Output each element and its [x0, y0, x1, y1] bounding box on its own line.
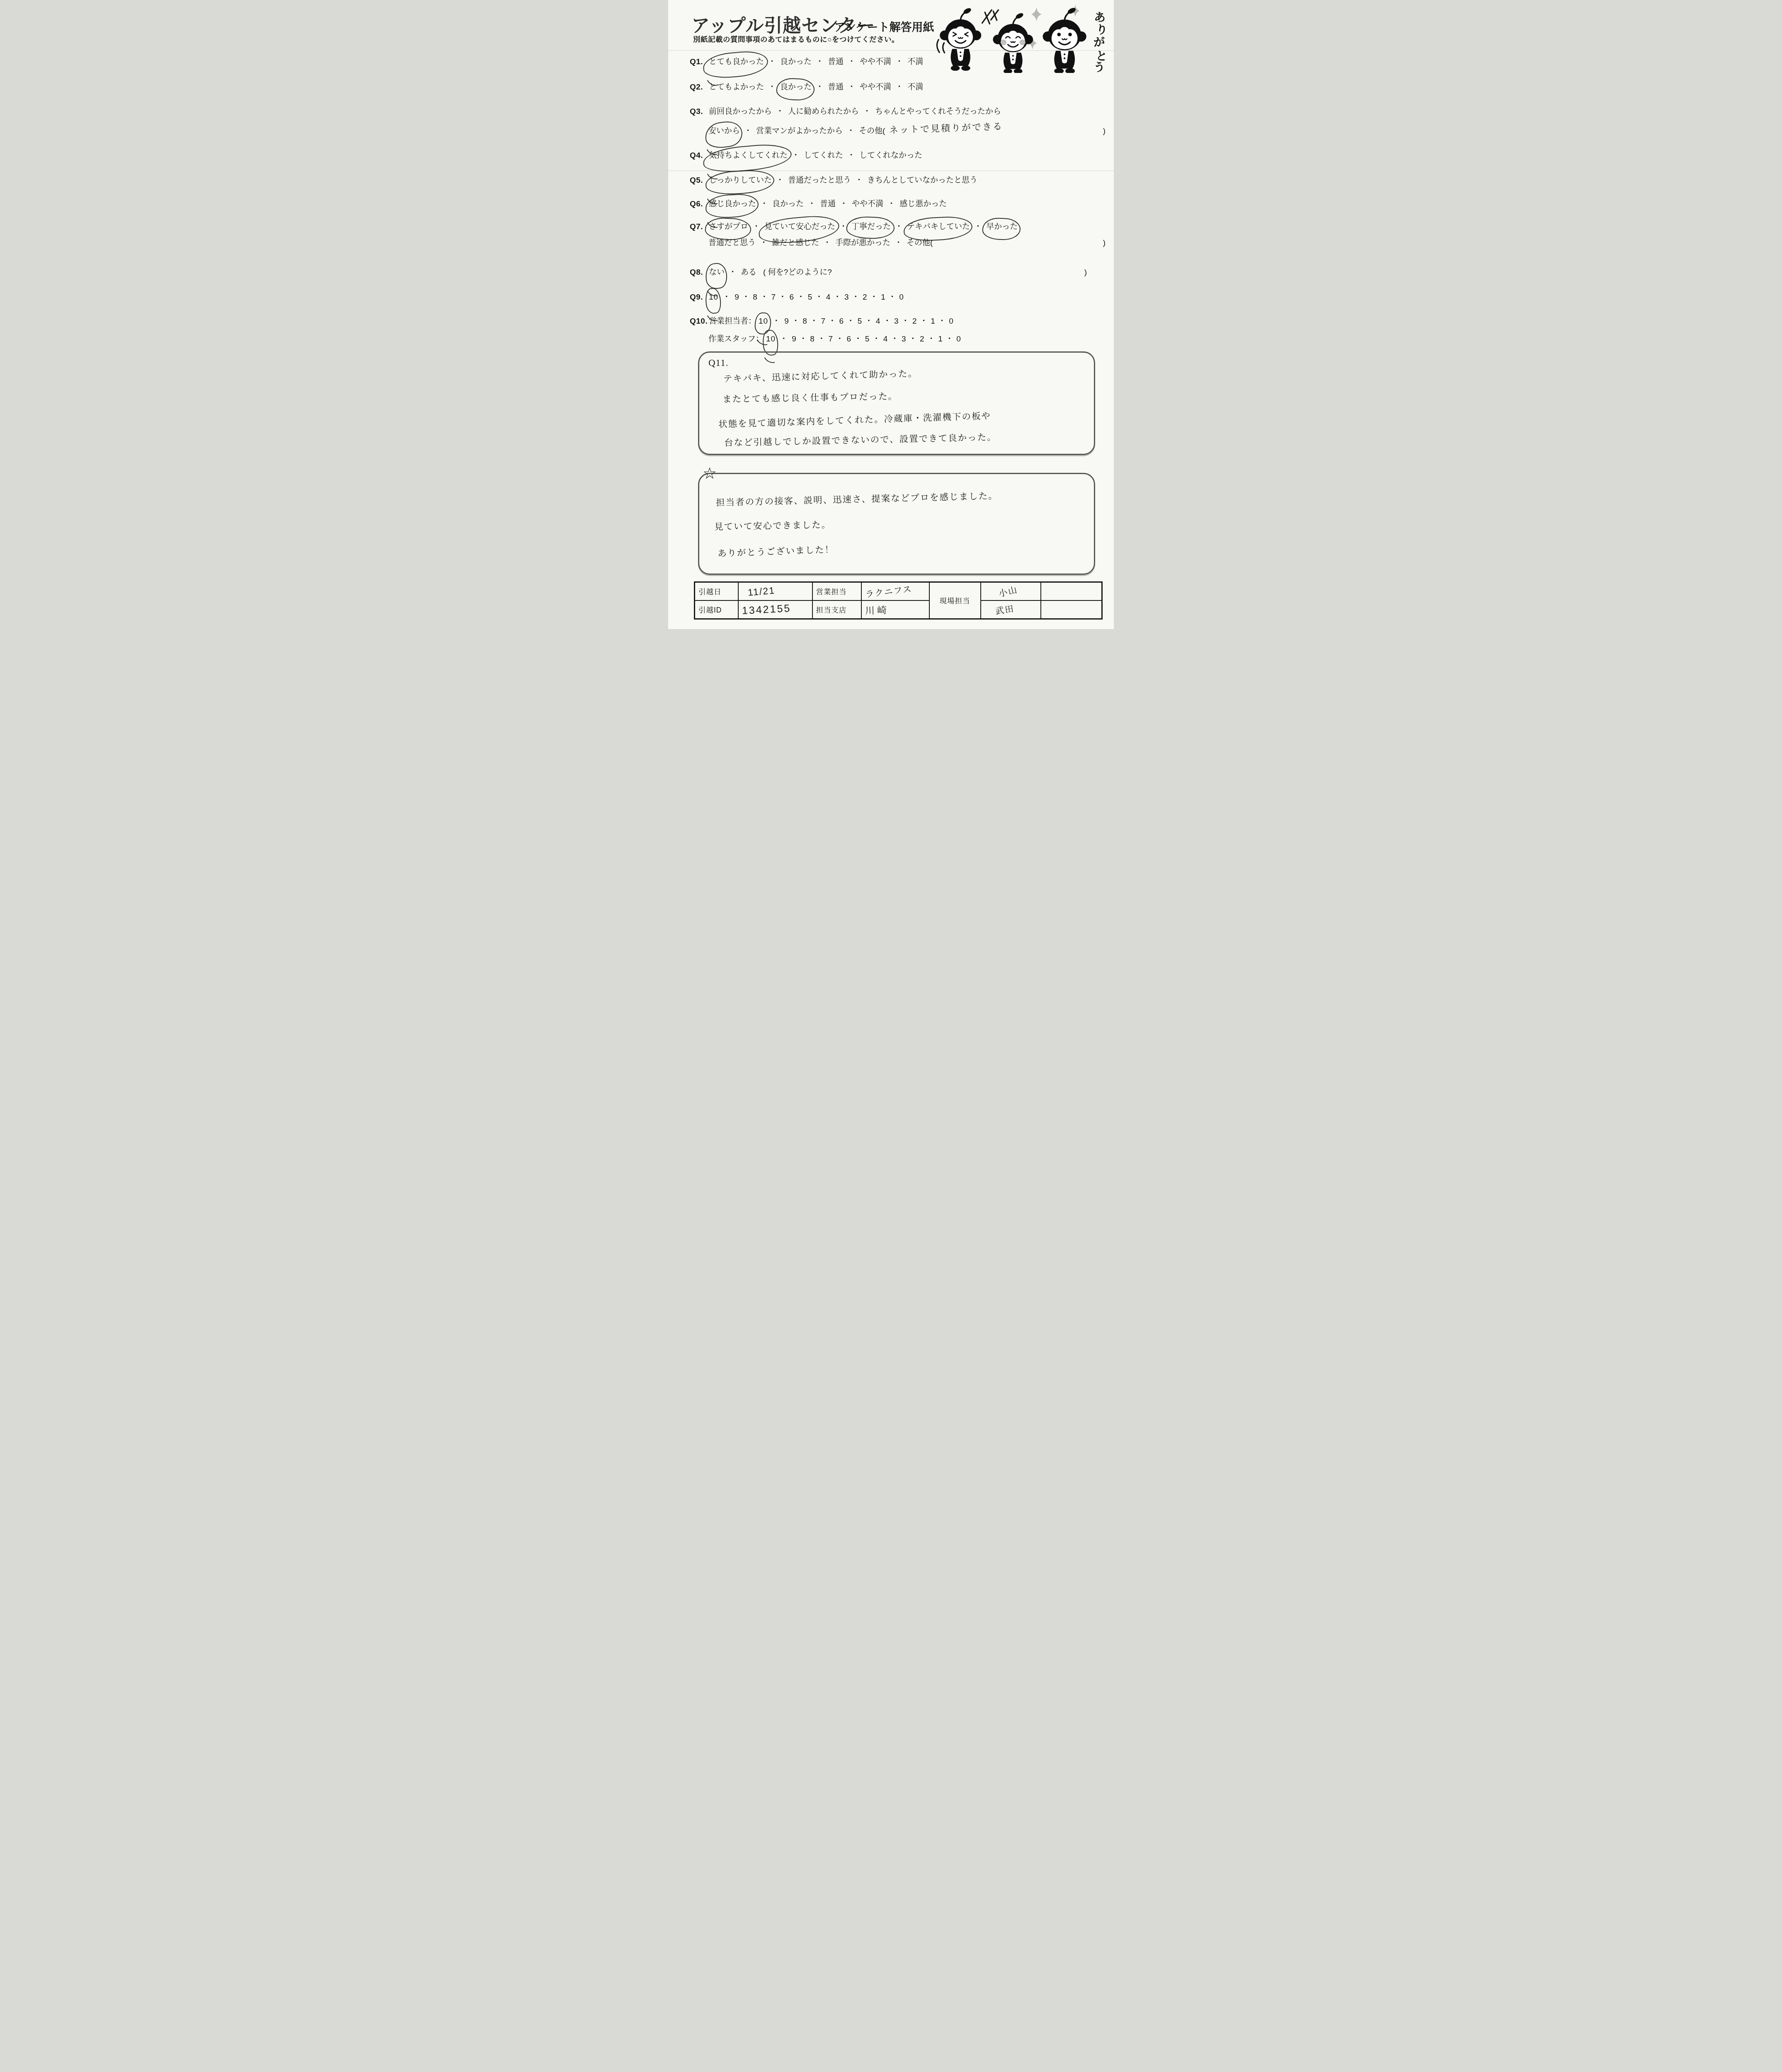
- option-circled: 丁寧だった: [851, 222, 891, 232]
- field-rep-label: 現場担当: [929, 582, 981, 619]
- sparkle-scribble-icon: [982, 10, 998, 24]
- option: してくれなかった: [859, 151, 922, 161]
- move-date-value: 11/21: [738, 582, 812, 601]
- option: してくれた: [804, 151, 843, 161]
- option: 普通だと思う: [708, 238, 756, 248]
- scanned-survey-sheet: アップル引越センター アンケート解答用紙 別紙記載の質問事項のあてはまるものに○…: [668, 0, 1114, 629]
- move-date-label: 引越日: [695, 582, 738, 601]
- question-q4: Q4. 気持ちよくしてくれた ・ してくれた ・ してくれなかった: [690, 151, 922, 161]
- star-comment-box: ☆ 担当者の方の接客、説明、迅速さ、提案などプロを感じました。 見ていて安心でき…: [698, 473, 1095, 575]
- question-id: Q7.: [690, 222, 709, 232]
- separator-dot: ・: [895, 57, 903, 67]
- option: 雑だと感じた: [772, 238, 819, 248]
- option-circled: 安いから: [708, 126, 740, 136]
- q11-comment-box: Q11. テキパキ、迅速に対応してくれて助かった。 またとても感じ良く仕事もプロ…: [698, 351, 1095, 455]
- score-scale: 9 ・ 8 ・ 7 ・ 6 ・ 5 ・ 4 ・ 3 ・ 2 ・ 1 ・ 0: [735, 293, 904, 303]
- scan-streak: [668, 170, 1114, 171]
- question-q2: Q2. とてもよかった ・ 良かった ・ 普通 ・ やや不満 ・ 不満: [690, 82, 923, 92]
- question-id: Q9.: [690, 293, 709, 303]
- option: きちんとしていなかったと思う: [867, 176, 977, 186]
- option-other-label: その他(: [859, 126, 885, 136]
- score-circled: 10: [759, 317, 768, 327]
- sales-rep-label: 営業担当: [812, 582, 861, 601]
- separator-dot: ・: [855, 176, 863, 186]
- option: 手際が悪かった: [835, 238, 890, 248]
- table-row: 引越ID 1342155 担当支店 川崎 武田: [695, 600, 1102, 619]
- option: やや不満: [860, 57, 891, 67]
- close-paren: ): [1084, 268, 1087, 278]
- question-id: Q3.: [690, 107, 709, 117]
- handwritten-comment: ありがとうございました！: [718, 542, 835, 559]
- handwritten-move-id: 1342155: [742, 602, 791, 617]
- question-id: Q2.: [690, 82, 709, 92]
- question-q10-sales: Q10. 営業担当者： 10 ・ 9 ・ 8 ・ 7 ・ 6 ・ 5 ・ 4 ・…: [690, 317, 954, 327]
- separator-dot: ・: [729, 268, 737, 278]
- empty-cell: [1041, 582, 1102, 601]
- footer-info-table: 引越日 11/21 営業担当 ラクニフス 現場担当 小山 引越ID 134215…: [694, 581, 1103, 620]
- separator-dot: ・: [752, 222, 760, 232]
- handwritten-comment: 台など引越しでしか設置できないので、設置できて良かった。: [724, 430, 997, 449]
- separator-dot: ・: [863, 107, 871, 117]
- followup-prompt: ( 何を?どのように?: [763, 268, 832, 278]
- option-other-label: その他(: [907, 238, 933, 248]
- separator-dot: ・: [895, 82, 903, 92]
- separator-dot: ・: [848, 57, 856, 67]
- separator-dot: ・: [895, 238, 902, 248]
- question-id: Q5.: [690, 176, 709, 186]
- handwritten-comment: 見ていて安心できました。: [714, 518, 832, 533]
- handwritten-move-date: 11/21: [747, 585, 775, 598]
- separator-dot: ・: [823, 238, 831, 248]
- option-circled: 早かった: [986, 222, 1018, 232]
- monkey-mascot: [1043, 7, 1086, 73]
- question-q9: Q9. 10 ・ 9 ・ 8 ・ 7 ・ 6 ・ 5 ・ 4 ・ 3 ・ 2 ・…: [690, 293, 904, 303]
- option: 前回良かったから: [709, 107, 772, 117]
- row-label: 営業担当者：: [709, 317, 756, 327]
- question-id: Q6.: [690, 199, 709, 209]
- separator-dot: ・: [895, 222, 903, 232]
- row-label: 作業スタッフ：: [708, 334, 764, 344]
- option: ちゃんとやってくれそうだったから: [875, 107, 1001, 117]
- option-circled: ない: [709, 268, 725, 278]
- separator-dot: ・: [816, 82, 824, 92]
- move-id-label: 引越ID: [695, 600, 738, 619]
- separator-dot: ・: [722, 293, 730, 303]
- separator-dot: ・: [780, 334, 788, 344]
- option-circled: 気持ちよくしてくれた: [709, 151, 788, 161]
- score-circled: 10: [766, 334, 776, 344]
- option: 普通だったと思う: [788, 176, 851, 186]
- instruction-text: 別紙記載の質問事項のあてはまるものに○をつけてください。: [693, 34, 899, 44]
- option: 普通: [828, 57, 844, 67]
- handwritten-comment: 状態を見て適切な案内をしてくれた。冷蔵庫・洗濯機下の板や: [718, 409, 992, 431]
- move-id-value: 1342155: [738, 600, 812, 619]
- separator-dot: ・: [839, 222, 847, 232]
- option-circled: テキパキしていた: [907, 222, 970, 232]
- option: 普通: [828, 82, 844, 92]
- svg-text:う: う: [1093, 61, 1106, 73]
- field-rep-value-bottom: 武田: [981, 600, 1041, 619]
- star-icon: ☆: [703, 466, 717, 482]
- question-id: Q8.: [690, 268, 709, 278]
- question-q5: Q5. しっかりしていた ・ 普通だったと思う ・ きちんとしていなかったと思う: [690, 176, 977, 186]
- option-circled: しっかりしていた: [709, 176, 772, 186]
- separator-dot: ・: [847, 151, 855, 161]
- separator-dot: ・: [816, 57, 824, 67]
- question-q6: Q6. 感じ良かった ・ 良かった ・ 普通 ・ やや不満 ・ 感じ悪かった: [690, 199, 947, 209]
- empty-cell: [1041, 600, 1102, 619]
- question-q3-line2: 安いから ・ 営業マンがよかったから ・ その他( ネットで見積りができる ): [708, 125, 1106, 136]
- branch-value: 川崎: [861, 600, 929, 619]
- question-id: Q1.: [690, 57, 709, 67]
- option: 不満: [907, 82, 923, 92]
- svg-text:り: り: [1096, 23, 1107, 36]
- option-circled: 良かった: [780, 82, 812, 92]
- handwritten-branch-name: 川崎: [865, 602, 889, 617]
- monkey-mascot: [940, 7, 981, 71]
- separator-dot: ・: [776, 176, 784, 186]
- handwritten-field-name: 武田: [994, 602, 1015, 617]
- handwritten-other-answer: ネットで見積りができる: [889, 121, 1004, 136]
- sheet-title: アンケート解答用紙: [834, 18, 934, 34]
- handwritten-sales-name: ラクニフス: [864, 582, 913, 600]
- handwritten-comment: またとても感じ良く仕事もプロだった。: [722, 389, 898, 405]
- monkey-mascot: [993, 12, 1033, 73]
- separator-dot: ・: [744, 126, 752, 136]
- option: 良かった: [772, 199, 804, 209]
- question-id: Q4.: [690, 151, 709, 161]
- question-q7-line2: 普通だと思う ・ 雑だと感じた ・ 手際が悪かった ・ その他( ): [708, 238, 1106, 248]
- separator-dot: ・: [760, 238, 768, 248]
- option-circled: さすがプロ: [709, 222, 748, 232]
- score-scale: 9 ・ 8 ・ 7 ・ 6 ・ 5 ・ 4 ・ 3 ・ 2 ・ 1 ・ 0: [784, 317, 954, 327]
- close-paren: ): [1103, 126, 1106, 136]
- question-q8: Q8. ない ・ ある ( 何を?どのように? ): [690, 268, 1087, 278]
- option: 不満: [907, 57, 923, 67]
- separator-dot: ・: [848, 82, 856, 92]
- separator-dot: ・: [847, 126, 855, 136]
- branch-label: 担当支店: [812, 600, 861, 619]
- separator-dot: ・: [974, 222, 982, 232]
- separator-dot: ・: [808, 199, 816, 209]
- option: やや不満: [860, 82, 891, 92]
- question-id: Q11.: [708, 358, 729, 368]
- option-circled: とても良かった: [709, 57, 764, 67]
- motion-line-icon: [937, 40, 939, 53]
- separator-dot: ・: [768, 57, 776, 67]
- mascot-monkeys-illustration: あ り が と う: [936, 2, 1107, 73]
- option-circled: 見ていて安心だった: [764, 222, 835, 232]
- option: とてもよかった: [709, 82, 764, 92]
- svg-text:が: が: [1093, 35, 1106, 49]
- separator-dot: ・: [840, 199, 848, 209]
- separator-dot: ・: [768, 82, 776, 92]
- question-q3: Q3. 前回良かったから ・ 人に勧められたから ・ ちゃんとやってくれそうだっ…: [690, 107, 1001, 117]
- separator-dot: ・: [792, 151, 800, 161]
- score-scale: 9 ・ 8 ・ 7 ・ 6 ・ 5 ・ 4 ・ 3 ・ 2 ・ 1 ・ 0: [792, 334, 961, 344]
- sales-rep-value: ラクニフス: [861, 582, 929, 601]
- separator-dot: ・: [772, 317, 780, 327]
- question-q10-staff: 作業スタッフ： 10 ・ 9 ・ 8 ・ 7 ・ 6 ・ 5 ・ 4 ・ 3 ・…: [708, 334, 961, 344]
- handwritten-comment: テキパキ、迅速に対応してくれて助かった。: [723, 366, 918, 385]
- table-row: 引越日 11/21 営業担当 ラクニフス 現場担当 小山: [695, 582, 1102, 601]
- separator-dot: ・: [776, 107, 784, 117]
- option: 感じ悪かった: [899, 199, 947, 209]
- question-id: Q10.: [690, 317, 709, 327]
- option-circled: 感じ良かった: [709, 199, 756, 209]
- option: 普通: [820, 199, 836, 209]
- score-circled: 10: [709, 293, 718, 303]
- svg-text:あ: あ: [1093, 10, 1106, 24]
- separator-dot: ・: [760, 199, 768, 209]
- option: ある: [741, 268, 756, 278]
- field-rep-value-top: 小山: [981, 582, 1041, 601]
- handwritten-field-name: 小山: [997, 583, 1019, 600]
- handwritten-comment: 担当者の方の接客、説明、迅速さ、提案などプロを感じました。: [716, 489, 998, 509]
- motion-line-icon: [943, 43, 945, 53]
- separator-dot: ・: [887, 199, 895, 209]
- question-q7: Q7. さすがプロ ・ 見ていて安心だった ・ 丁寧だった ・ テキパキしていた…: [690, 222, 1018, 232]
- option: 人に勧められたから: [788, 107, 859, 117]
- close-paren: ): [1103, 238, 1106, 248]
- option: やや不満: [852, 199, 883, 209]
- option: 営業マンがよかったから: [756, 126, 843, 136]
- question-q1: Q1. とても良かった ・ 良かった ・ 普通 ・ やや不満 ・ 不満: [690, 57, 923, 67]
- option: 良かった: [780, 57, 812, 67]
- thanks-vertical-text: あ り が と う: [1093, 10, 1107, 73]
